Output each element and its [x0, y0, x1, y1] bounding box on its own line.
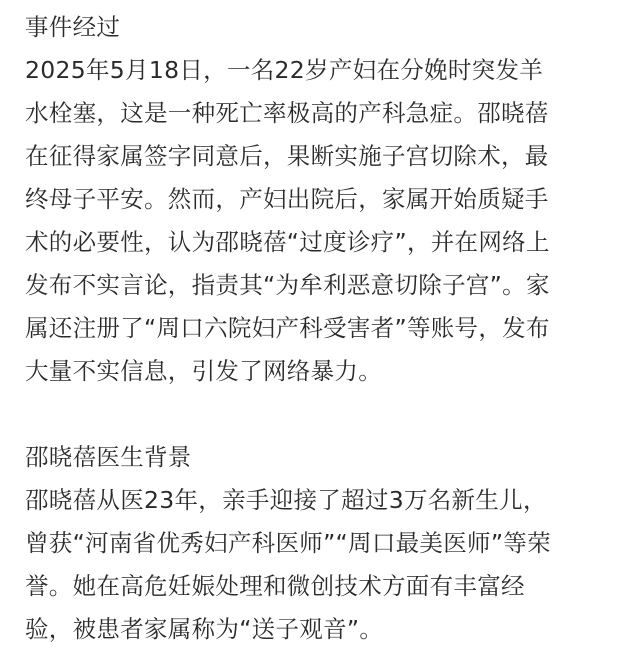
paragraph-line: 誉。她在高危妊娠处理和微创技术方面有丰富经 — [25, 571, 525, 601]
section-heading-background: 邵晓蓓医生背景 — [25, 442, 192, 472]
paragraph-line: 水栓塞，这是一种死亡率极高的产科急症。邵晓蓓 — [25, 98, 549, 128]
paragraph-line: 属还注册了“周口六院妇产科受害者”等账号，发布 — [25, 313, 550, 343]
paragraph-line: 2025年5月18日，一名22岁产妇在分娩时突发羊 — [25, 55, 543, 85]
paragraph-line: 大量不实信息，引发了网络暴力。 — [25, 356, 382, 386]
paragraph-line: 验，被患者家属称为“送子观音”。 — [25, 614, 383, 644]
section-heading-event: 事件经过 — [25, 12, 120, 42]
paragraph-line: 在征得家属签字同意后，果断实施子宫切除术，最 — [25, 141, 549, 171]
paragraph-line: 术的必要性，认为邵晓蓓“过度诊疗”，并在网络上 — [25, 227, 550, 257]
paragraph-line: 终母子平安。然而，产妇出院后，家属开始质疑手 — [25, 184, 549, 214]
paragraph-line: 邵晓蓓从医23年，亲手迎接了超过3万名新生儿， — [25, 485, 547, 515]
paragraph-line: 曾获“河南省优秀妇产科医师”“周口最美医师”等荣 — [25, 528, 551, 558]
paragraph-line: 发布不实言论，指责其“为牟利恶意切除子宫”。家 — [25, 270, 550, 300]
